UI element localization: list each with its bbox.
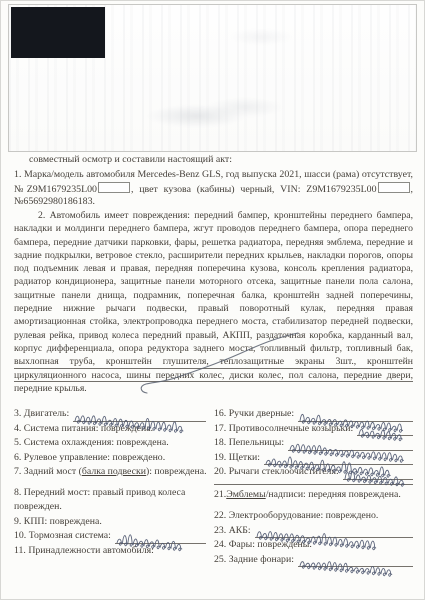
body-number-redaction-box: [98, 182, 130, 193]
handwriting-entry: [255, 525, 413, 538]
handwriting-entry: [264, 452, 413, 465]
vin-redaction-box: [378, 182, 410, 193]
checklist-item-6: 6. Рулевое управление: повреждено.: [14, 451, 206, 466]
handwriting-entry: [298, 409, 413, 422]
handwriting-scribble: [358, 425, 408, 438]
checklist-item-9: 9. КПП: повреждена.: [14, 515, 206, 530]
vehicle-id-paragraph: 1. Марка/модель автомобиля Mercedes-Benz…: [14, 168, 413, 209]
handwriting-entry: [73, 409, 206, 422]
vehicle-id-line1: 1. Марка/модель автомобиля Mercedes-Benz…: [14, 168, 413, 182]
handwriting-entry: [115, 531, 206, 544]
handwriting-scribble: [344, 469, 408, 482]
divider-line-2: [14, 381, 413, 382]
vehicle-photo-area: [8, 4, 417, 152]
checklist-item-3: 3. Двигатель:: [14, 407, 206, 422]
right-column-divider: [214, 484, 413, 485]
checklist-item-21: 21. Эмблемы/надписи: передняя повреждена…: [214, 488, 413, 503]
handwriting-scribble: [289, 440, 406, 453]
handwriting-scribble: [299, 411, 404, 424]
handwriting-entry: [298, 554, 413, 567]
engine-number-line: №65692980186183.: [14, 195, 413, 209]
handwriting-entry: [357, 423, 413, 436]
handwriting-entry: [343, 467, 413, 480]
handwriting-entry: [288, 438, 413, 451]
scanned-act-document: совместный осмотр и составили настоящий …: [0, 0, 425, 600]
checklist-item-8: 8. Передний мост: правый привод колеса п…: [14, 486, 206, 515]
checklist-right-column: 16. Ручки дверные: 17. Противосолнечные …: [214, 407, 413, 567]
checklist-item-18: 18. Пепельницы:: [214, 436, 413, 451]
checklist-item-10: 10. Тормозная система:: [14, 529, 206, 544]
handwriting-scribble: [116, 533, 185, 546]
checklist-item-7: 7. Задний мост (балка подвески): поврежд…: [14, 465, 206, 480]
checklist: 3. Двигатель: 4. Система питания: повреж…: [14, 407, 413, 567]
checklist-left-column: 3. Двигатель: 4. Система питания: повреж…: [14, 407, 206, 567]
checklist-item-16: 16. Ручки дверные:: [214, 407, 413, 422]
photo-redaction-rect: [11, 7, 105, 58]
checklist-item-5: 5. Система охлаждения: повреждена.: [14, 436, 206, 451]
checklist-item-25: 25. Задние фонари:: [214, 553, 413, 568]
handwriting-scribble: [256, 527, 382, 540]
intro-line: совместный осмотр и составили настоящий …: [29, 153, 232, 166]
vehicle-id-line2: №Z9M1679235L00, цвет кузова (кабины) чер…: [14, 182, 413, 196]
checklist-item-19: 19. Щетки:: [214, 451, 413, 466]
checklist-item-24: 24. Фары: повреждены.: [214, 538, 413, 553]
checklist-item-22: 22. Электрооборудование: повреждено.: [214, 509, 413, 524]
divider-line-1: [14, 368, 413, 369]
handwriting-scribble: [74, 411, 190, 424]
handwriting-scribble: [299, 556, 396, 569]
handwriting-scribble: [265, 454, 395, 467]
checklist-item-23: 23. АКБ:: [214, 524, 413, 539]
